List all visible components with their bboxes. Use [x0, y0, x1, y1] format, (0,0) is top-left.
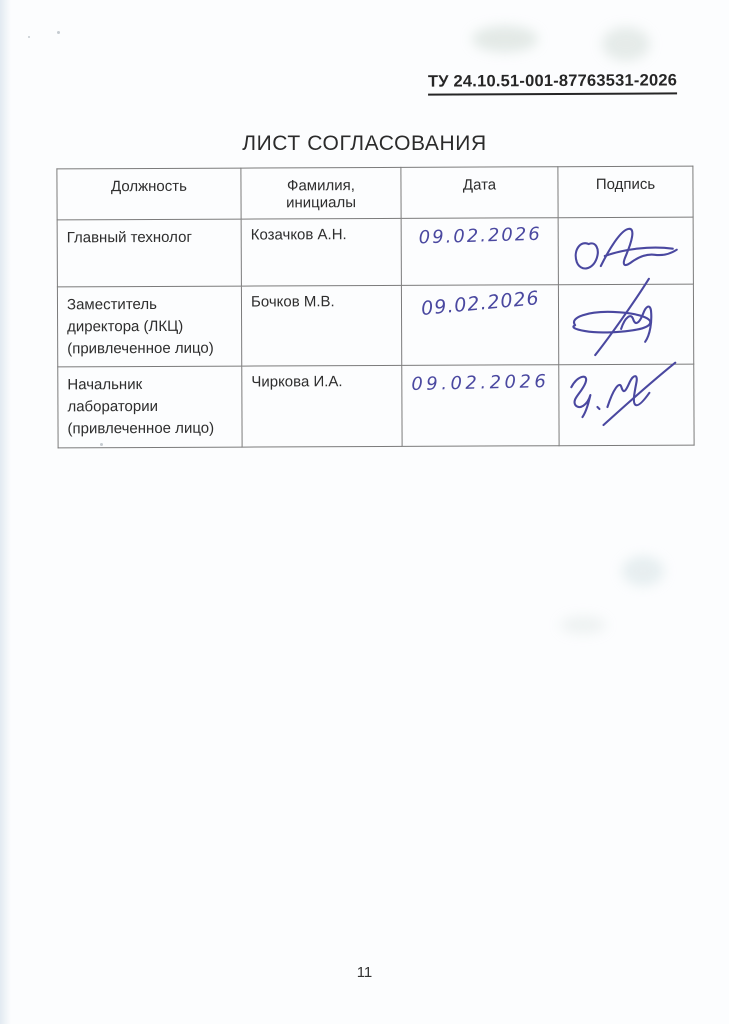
signature-scribble-icon — [569, 218, 687, 287]
scan-smudge — [472, 26, 538, 52]
name-cell: Козачков А.Н. — [241, 218, 401, 286]
scan-smudge — [560, 616, 606, 634]
handwritten-date: 09.02.2026 — [420, 287, 540, 320]
signature-cell — [559, 364, 694, 445]
table-row: Заместитель директора (ЛКЦ) (привлеченно… — [57, 284, 693, 367]
date-cell: 09.02.2026 — [401, 285, 558, 366]
handwritten-date: 09.02.2026 — [411, 371, 549, 395]
header-name: Фамилия, инициалы — [241, 167, 401, 219]
scan-smudge — [602, 27, 650, 61]
header-signature: Подпись — [558, 166, 693, 218]
date-cell: 09.02.2026 — [401, 218, 558, 286]
table-row: Главный технолог Козачков А.Н. 09.02.202… — [57, 217, 693, 287]
name-cell: Бочков М.В. — [241, 285, 401, 366]
approval-table: Должность Фамилия, инициалы Дата Подпись… — [56, 166, 694, 448]
position-cell: Главный технолог — [57, 219, 241, 287]
name-cell: Чиркова И.А. — [242, 366, 402, 447]
page-title: ЛИСТ СОГЛАСОВАНИЯ — [0, 132, 729, 156]
signature-scribble-icon — [559, 355, 687, 440]
scan-smudge — [622, 556, 664, 586]
position-cell: Заместитель директора (ЛКЦ) (привлеченно… — [57, 286, 241, 367]
date-cell: 09.02.2026 — [402, 365, 559, 446]
scanned-document-page: ТУ 24.10.51-001-87763531-2026 ЛИСТ СОГЛА… — [0, 0, 729, 1024]
table-row: Начальник лаборатории (привлеченное лицо… — [58, 364, 694, 447]
signature-cell — [558, 217, 693, 285]
header-date: Дата — [401, 167, 558, 219]
scan-speck — [28, 36, 30, 38]
header-position: Должность — [57, 168, 241, 220]
scan-speck — [57, 31, 60, 34]
signature-cell — [558, 284, 693, 365]
page-number: 11 — [0, 964, 729, 981]
document-number: ТУ 24.10.51-001-87763531-2026 — [428, 71, 677, 95]
handwritten-date: 09.02.2026 — [418, 224, 542, 249]
position-cell: Начальник лаборатории (привлеченное лицо… — [58, 366, 242, 447]
table-header-row: Должность Фамилия, инициалы Дата Подпись — [57, 166, 693, 220]
